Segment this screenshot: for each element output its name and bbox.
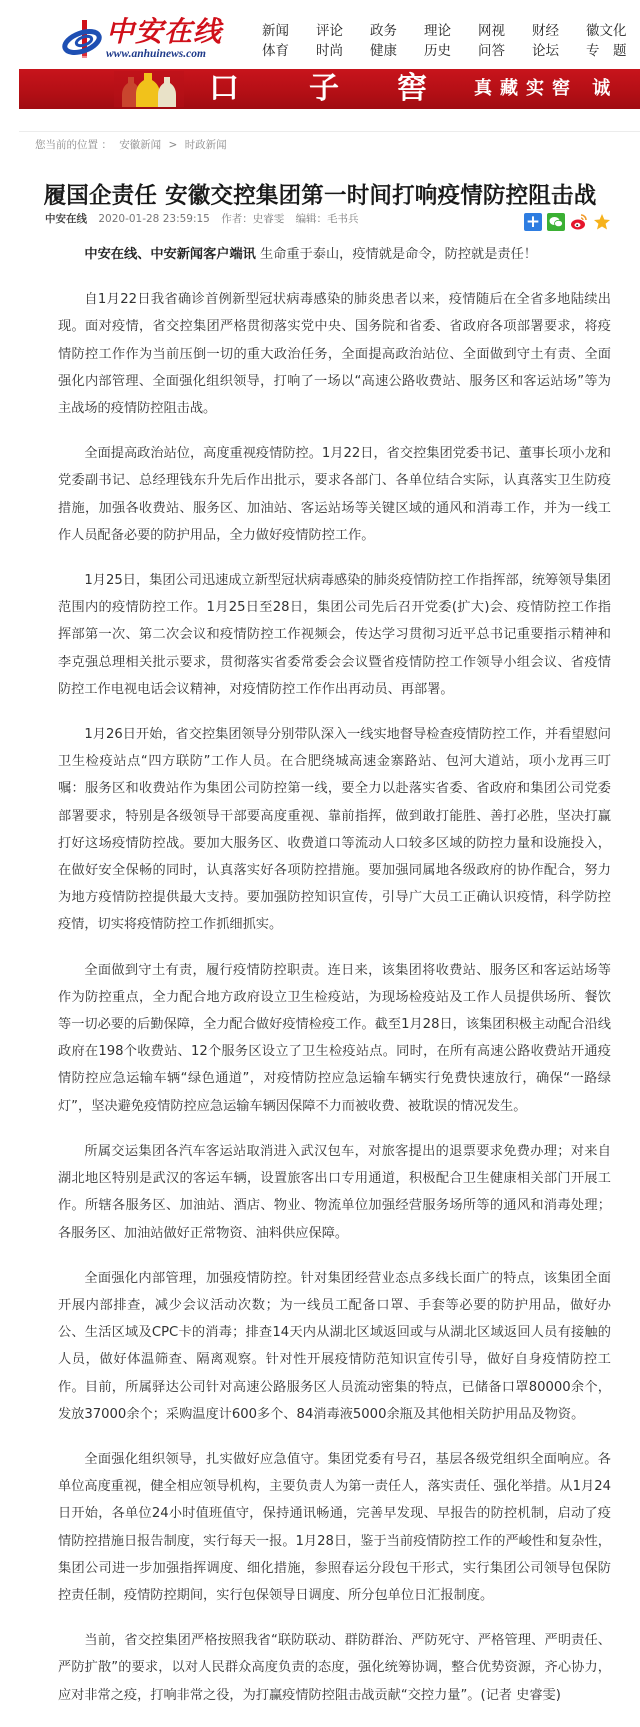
weibo-icon[interactable] xyxy=(570,213,588,231)
article-author: 作者：史睿雯 xyxy=(221,213,284,225)
breadcrumb-item-anhui-news[interactable]: 安徽新闻 xyxy=(119,139,161,151)
article-paragraph: 全面做到守土有责，履行疫情防控职责。连日来，该集团将收费站、服务区和客运站场等作… xyxy=(58,957,611,1120)
nav-item-sports[interactable]: 体育 xyxy=(262,42,316,60)
article-datetime: 2020-01-28 23:59:15 xyxy=(98,213,210,225)
breadcrumb-separator: > xyxy=(169,139,178,151)
main-nav: 新闻 评论 政务 理论 网视 财经 徽文化 体育 时尚 健康 历史 问答 论坛 … xyxy=(262,22,640,60)
nav-item-hui-culture[interactable]: 徽文化 xyxy=(586,22,640,40)
article-lead-paragraph: 中安在线、中安新闻客户端讯 生命重于泰山，疫情就是命令，防控就是责任！ xyxy=(58,241,611,268)
article-paragraph: 所属交运集团各汽车客运站取消进入武汉包车，对旅客提出的退票要求免费办理；对来自湖… xyxy=(58,1138,611,1247)
breadcrumb: 您当前的位置 ： 安徽新闻 > 时政新闻 xyxy=(35,137,231,152)
ad-banner[interactable]: 口 子 窖 真藏实窖 诚 xyxy=(19,69,640,109)
nav-item-forum[interactable]: 论坛 xyxy=(532,42,586,60)
nav-item-government[interactable]: 政务 xyxy=(370,22,424,40)
nav-item-opinion[interactable]: 评论 xyxy=(316,22,370,40)
article-paragraph: 自1月22日我省确诊首例新型冠状病毒感染的肺炎患者以来，疫情随后在全省多地陆续出… xyxy=(58,286,611,422)
logo-url: www.anhuinews.com xyxy=(106,48,206,60)
article-paragraph: 1月25日，集团公司迅速成立新型冠状病毒感染的肺炎疫情防控工作指挥部，统筹领导集… xyxy=(58,567,611,703)
nav-item-health[interactable]: 健康 xyxy=(370,42,424,60)
header-divider xyxy=(19,131,640,132)
article-lead-source: 中安在线、中安新闻客户端讯 xyxy=(84,247,255,262)
breadcrumb-prefix: 您当前的位置 ： xyxy=(35,139,112,151)
share-bar: + xyxy=(524,213,611,231)
article-paragraph: 全面强化组织领导，扎实做好应急值守。集团党委有号召，基层各级党组织全面响应。各单… xyxy=(58,1446,611,1591)
site-header: 中安在线 www.anhuinews.com 新闻 评论 政务 理论 网视 财经… xyxy=(0,0,640,66)
article-body: 中安在线、中安新闻客户端讯 生命重于泰山，疫情就是命令，防控就是责任！ 自1月2… xyxy=(58,241,611,1591)
article-meta: 中安在线 2020-01-28 23:59:15 作者：史睿雯 编辑：毛书兵 xyxy=(45,211,359,226)
nav-item-qa[interactable]: 问答 xyxy=(478,42,532,60)
ad-brand-char-2: 子 xyxy=(309,69,339,109)
article-editor: 编辑：毛书兵 xyxy=(296,213,359,225)
article-source: 中安在线 xyxy=(45,213,87,225)
nav-item-video[interactable]: 网视 xyxy=(478,22,532,40)
wechat-icon[interactable] xyxy=(547,213,565,231)
nav-item-theory[interactable]: 理论 xyxy=(424,22,478,40)
nav-item-special[interactable]: 专 题 xyxy=(586,42,640,60)
ad-brand-char-3: 窖 xyxy=(397,69,427,109)
share-more-icon[interactable]: + xyxy=(524,213,542,231)
logo-swirl-icon xyxy=(62,20,106,60)
article-title: 履国企责任 安徽交控集团第一时间打响疫情防控阻击战 xyxy=(0,181,640,211)
ad-slogan: 真藏实窖 诚 xyxy=(474,69,618,109)
nav-item-fashion[interactable]: 时尚 xyxy=(316,42,370,60)
nav-item-history[interactable]: 历史 xyxy=(424,42,478,60)
article-paragraph: 全面强化内部管理，加强疫情防控。针对集团经营业态点多线长面广的特点，该集团全面开… xyxy=(58,1265,611,1428)
logo-text: 中安在线 xyxy=(106,16,222,48)
article-paragraph: 全面提高政治站位，高度重视疫情防控。1月22日，省交控集团党委书记、董事长项小龙… xyxy=(58,440,611,549)
qzone-star-icon[interactable] xyxy=(593,213,611,231)
article-paragraph: 1月26日开始，省交控集团领导分别带队深入一线实地督导检查疫情防控工作，并看望慰… xyxy=(58,721,611,939)
breadcrumb-item-politics-news[interactable]: 时政新闻 xyxy=(185,139,227,151)
article-lead-text: 生命重于泰山，疫情就是命令，防控就是责任！ xyxy=(256,247,537,262)
liquor-bottles-image xyxy=(114,71,184,107)
site-logo[interactable]: 中安在线 www.anhuinews.com xyxy=(62,14,237,64)
ad-brand-char-1: 口 xyxy=(209,69,239,109)
nav-item-finance[interactable]: 财经 xyxy=(532,22,586,40)
nav-item-news[interactable]: 新闻 xyxy=(262,22,316,40)
